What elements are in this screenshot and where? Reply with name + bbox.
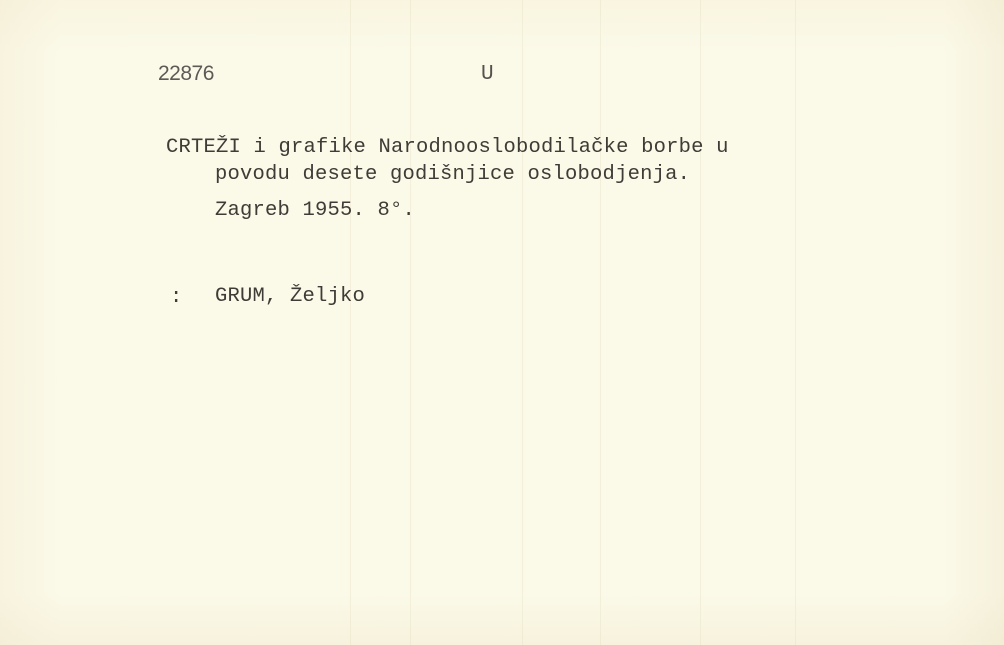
paper-texture <box>600 0 601 645</box>
paper-texture <box>410 0 411 645</box>
title-line-1: CRTEŽI i grafike Narodnooslobodilačke bo… <box>166 136 729 159</box>
location-marker: U <box>481 63 494 86</box>
paper-texture <box>700 0 701 645</box>
paper-texture <box>350 0 351 645</box>
imprint: Zagreb 1955. 8°. <box>215 199 415 222</box>
paper-texture <box>795 0 796 645</box>
added-entry-person: GRUM, Željko <box>215 285 365 308</box>
added-entry-prefix: : <box>170 286 183 309</box>
call-number: 22876 <box>158 62 214 86</box>
catalog-card: 22876 U CRTEŽI i grafike Narodnooslobodi… <box>0 0 1004 645</box>
title-line-2: povodu desete godišnjice oslobodjenja. <box>215 163 690 186</box>
paper-texture <box>522 0 523 645</box>
